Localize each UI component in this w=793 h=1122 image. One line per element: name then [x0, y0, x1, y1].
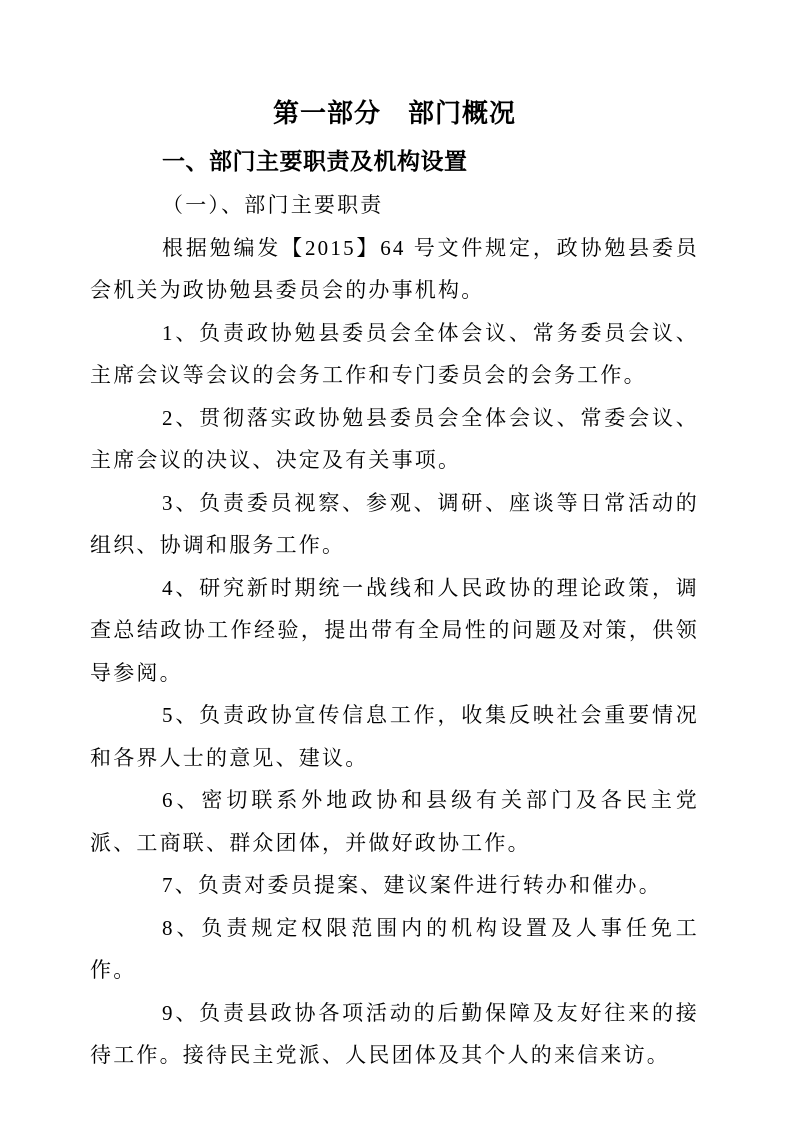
document-page: 第一部分 部门概况 一、部门主要职责及机构设置 （一）、部门主要职责 根据勉编发… — [0, 0, 793, 1122]
paragraph: 8、负责规定权限范围内的机构设置及人事任免工作。 — [90, 907, 699, 992]
body-paragraphs: 根据勉编发【2015】64 号文件规定，政协勉县委员会机关为政协勉县委员会的办事… — [90, 227, 699, 1077]
document-title: 第一部分 部门概况 — [90, 94, 699, 134]
paragraph: 3、负责委员视察、参观、调研、座谈等日常活动的组织、协调和服务工作。 — [90, 482, 699, 567]
paragraph: 2、贯彻落实政协勉县委员会全体会议、常委会议、主席会议的决议、决定及有关事项。 — [90, 397, 699, 482]
paragraph: 根据勉编发【2015】64 号文件规定，政协勉县委员会机关为政协勉县委员会的办事… — [90, 227, 699, 312]
paragraph: 1、负责政协勉县委员会全体会议、常务委员会议、主席会议等会议的会务工作和专门委员… — [90, 312, 699, 397]
paragraph: 4、研究新时期统一战线和人民政协的理论政策，调查总结政协工作经验，提出带有全局性… — [90, 567, 699, 695]
section-heading: 一、部门主要职责及机构设置 — [90, 140, 699, 184]
paragraph: 5、负责政协宣传信息工作，收集反映社会重要情况和各界人士的意见、建议。 — [90, 694, 699, 779]
subsection-heading: （一）、部门主要职责 — [90, 184, 699, 227]
paragraph: 9、负责县政协各项活动的后勤保障及友好往来的接待工作。接待民主党派、人民团体及其… — [90, 992, 699, 1077]
paragraph: 6、密切联系外地政协和县级有关部门及各民主党派、工商联、群众团体，并做好政协工作… — [90, 779, 699, 864]
paragraph: 7、负责对委员提案、建议案件进行转办和催办。 — [90, 864, 699, 907]
